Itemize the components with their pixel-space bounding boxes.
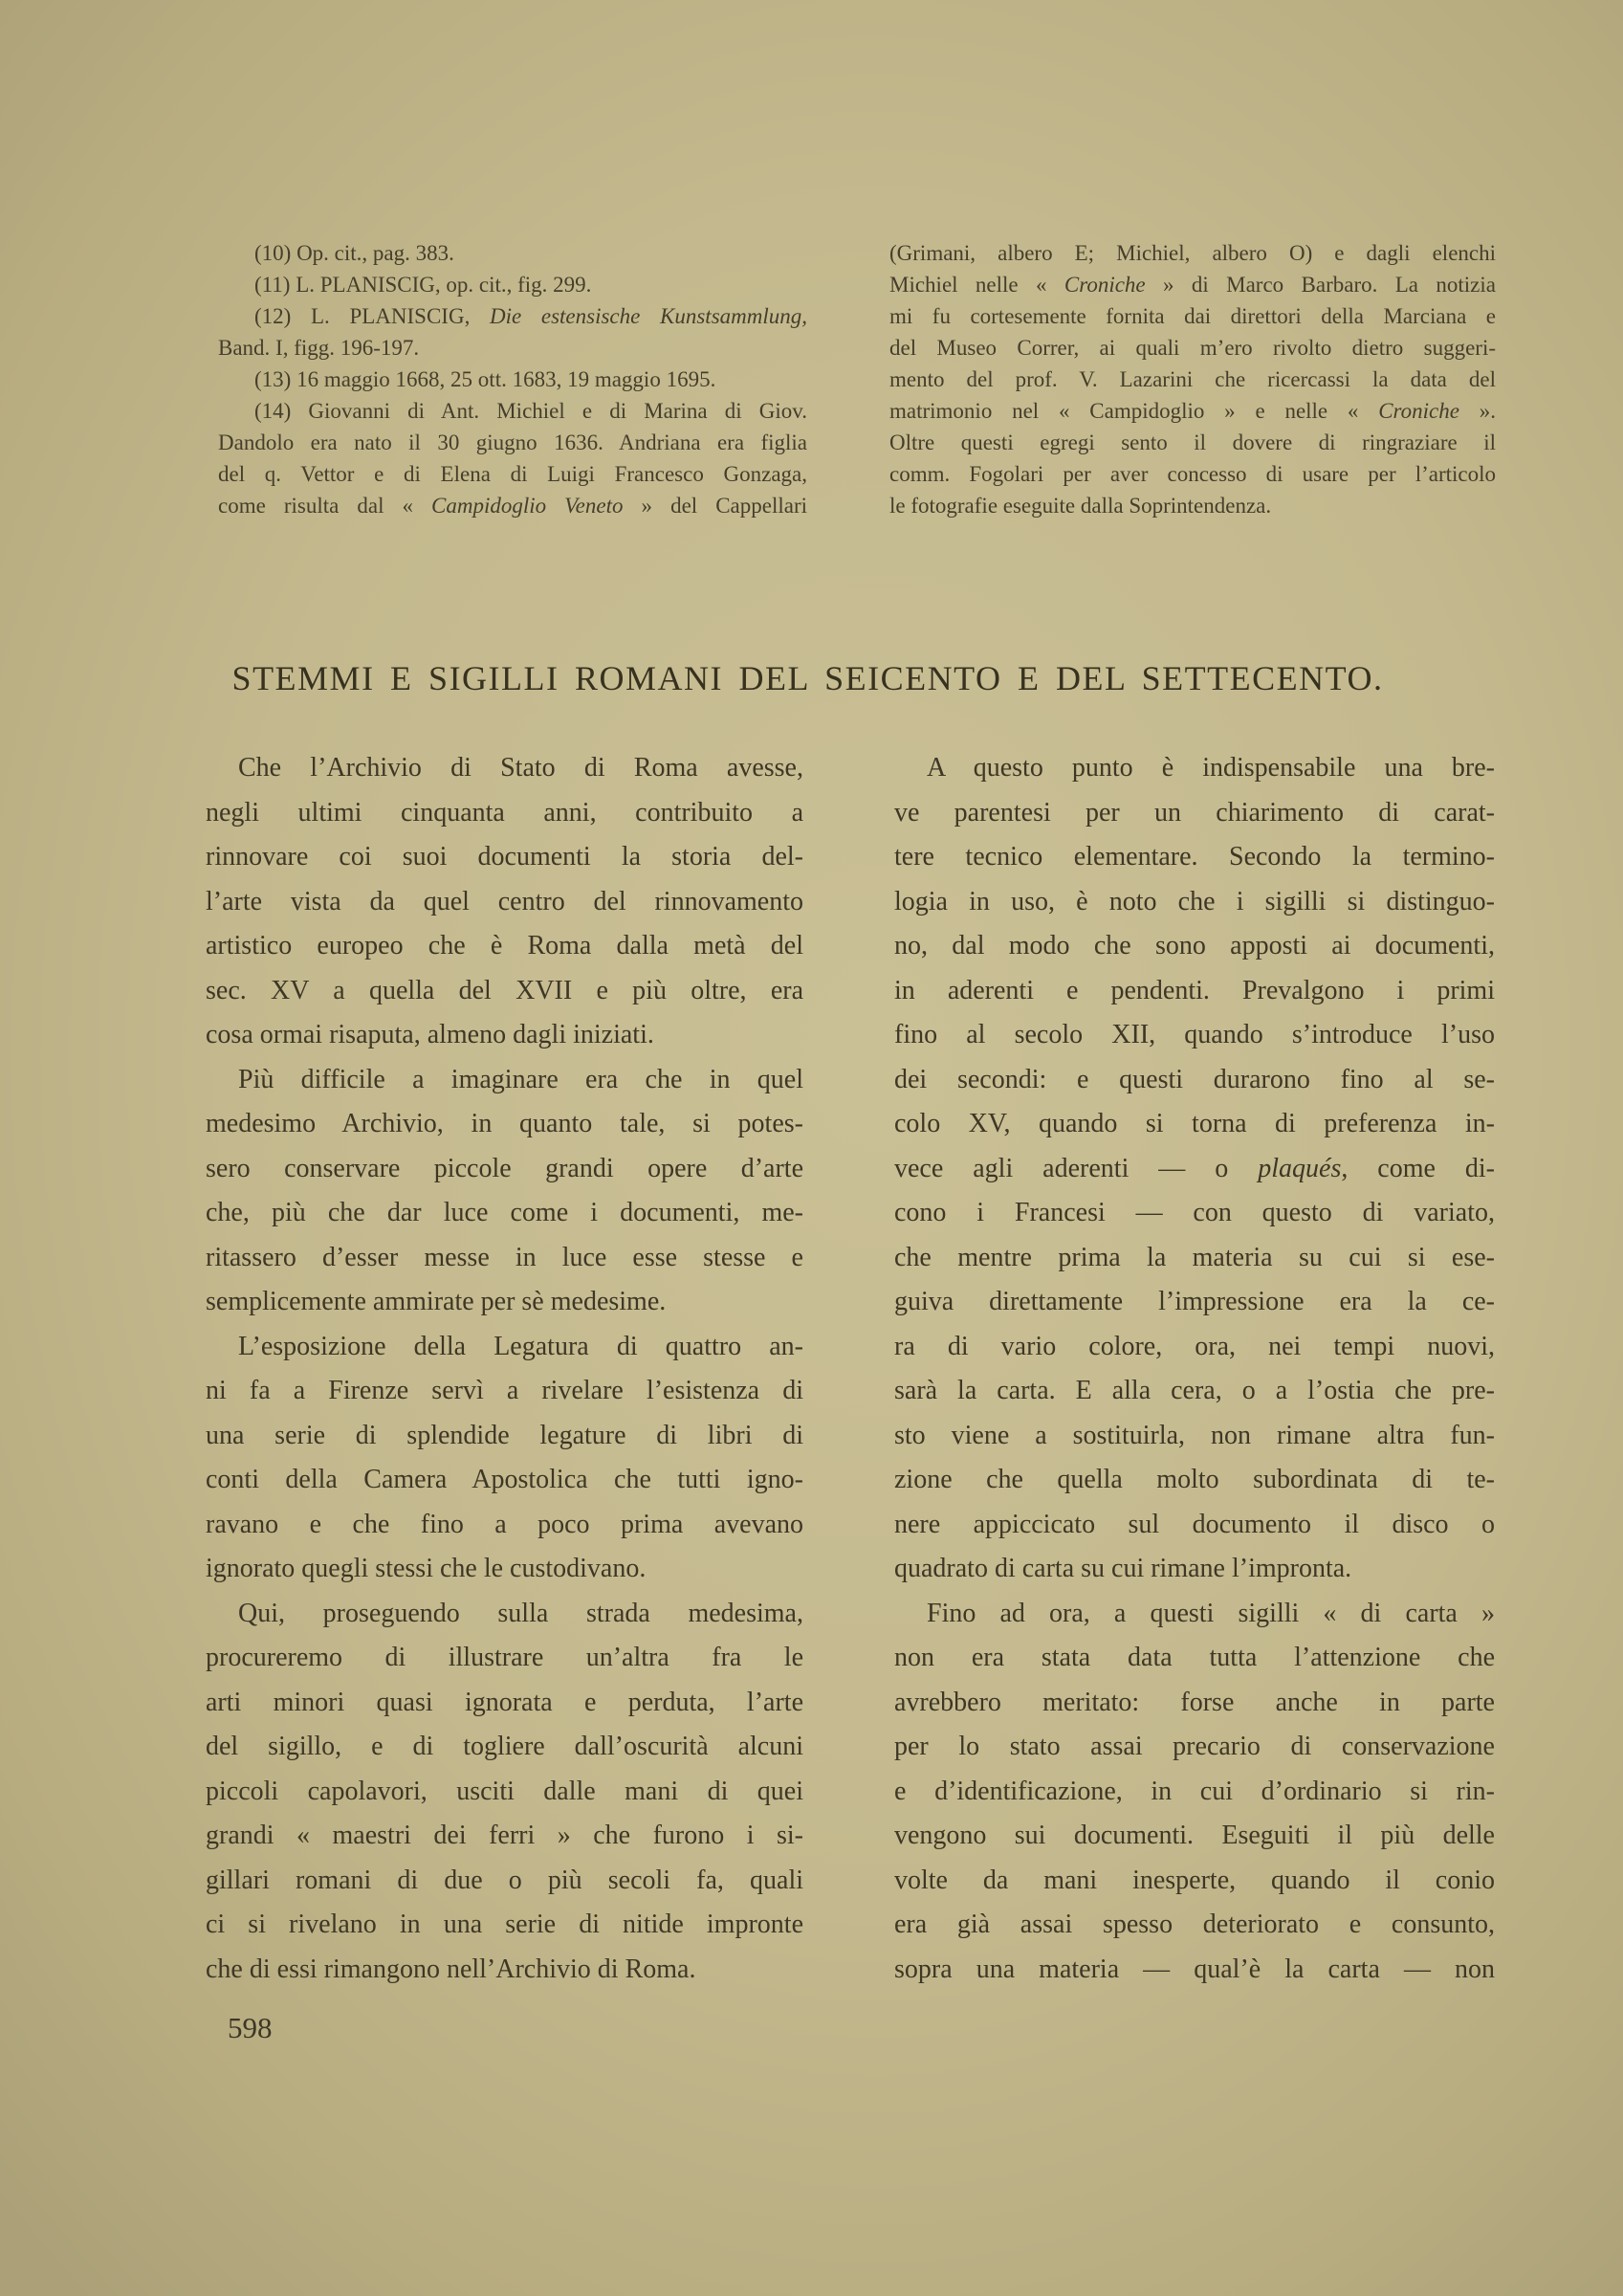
text-line: come risulta dal « Campidoglio Veneto » … bbox=[218, 490, 807, 521]
text-line: quadrato di carta su cui rimane l’impron… bbox=[894, 1547, 1495, 1592]
text-line: ra di vario colore, ora, nei tempi nuovi… bbox=[894, 1325, 1495, 1370]
text-line: mi fu cortesemente fornita dai direttori… bbox=[889, 300, 1496, 332]
text-line: rinnovare coi suoi documenti la storia d… bbox=[206, 835, 803, 880]
text-line: per lo stato assai precario di conservaz… bbox=[894, 1725, 1495, 1770]
text-line: semplicemente ammirate per sè medesime. bbox=[206, 1280, 803, 1325]
body-text-right-column: A questo punto è indispensabile una bre-… bbox=[894, 746, 1495, 1992]
text-line: vengono sui documenti. Eseguiti il più d… bbox=[894, 1814, 1495, 1859]
text-line: L’esposizione della Legatura di quattro … bbox=[206, 1325, 803, 1370]
text-line: volte da mani inesperte, quando il conio bbox=[894, 1859, 1495, 1904]
text-line: cono i Francesi — con questo di variato, bbox=[894, 1191, 1495, 1236]
text-line: ravano e che fino a poco prima avevano bbox=[206, 1503, 803, 1548]
text-line: del Museo Correr, ai quali m’ero rivolto… bbox=[889, 332, 1496, 364]
text-line: Qui, proseguendo sulla strada medesima, bbox=[206, 1592, 803, 1637]
text-line: negli ultimi cinquanta anni, contribuito… bbox=[206, 791, 803, 836]
text-line: ve parentesi per un chiarimento di carat… bbox=[894, 791, 1495, 836]
body-text-left-column: Che l’Archivio di Stato di Roma avesse,n… bbox=[206, 746, 803, 1992]
text-line: colo XV, quando si torna di preferenza i… bbox=[894, 1102, 1495, 1147]
text-line: guiva direttamente l’impressione era la … bbox=[894, 1280, 1495, 1325]
text-line: comm. Fogolari per aver concesso di usar… bbox=[889, 458, 1496, 490]
text-line: grandi « maestri dei ferri » che furono … bbox=[206, 1814, 803, 1859]
text-line: A questo punto è indispensabile una bre- bbox=[894, 746, 1495, 791]
text-line: (12) L. PLANISCIG, Die estensische Kunst… bbox=[218, 300, 807, 332]
text-line: ci si rivelano in una serie di nitide im… bbox=[206, 1903, 803, 1948]
text-line: Oltre questi egregi sento il dovere di r… bbox=[889, 427, 1496, 458]
text-line: arti minori quasi ignorata e perduta, l’… bbox=[206, 1681, 803, 1726]
text-line: logia in uso, è noto che i sigilli si di… bbox=[894, 880, 1495, 925]
text-line: (Grimani, albero E; Michiel, albero O) e… bbox=[889, 237, 1496, 269]
text-line: non era stata data tutta l’attenzione ch… bbox=[894, 1636, 1495, 1681]
footnotes-left-column: (10) Op. cit., pag. 383.(11) L. PLANISCI… bbox=[218, 237, 807, 521]
text-line: del sigillo, e di togliere dall’oscurità… bbox=[206, 1725, 803, 1770]
text-line: Fino ad ora, a questi sigilli « di carta… bbox=[894, 1592, 1495, 1637]
text-line: le fotografie eseguite dalla Soprintende… bbox=[889, 490, 1496, 521]
text-line: medesimo Archivio, in quanto tale, si po… bbox=[206, 1102, 803, 1147]
scanned-journal-page: (10) Op. cit., pag. 383.(11) L. PLANISCI… bbox=[0, 0, 1623, 2296]
text-line: sarà la carta. E alla cera, o a l’ostia … bbox=[894, 1369, 1495, 1414]
text-line: avrebbero meritato: forse anche in parte bbox=[894, 1681, 1495, 1726]
text-line: che, più che dar luce come i documenti, … bbox=[206, 1191, 803, 1236]
text-line: una serie di splendide legature di libri… bbox=[206, 1414, 803, 1459]
page-number: 598 bbox=[228, 2011, 273, 2045]
text-line: in aderenti e pendenti. Prevalgono i pri… bbox=[894, 969, 1495, 1014]
text-line: fino al secolo XII, quando s’introduce l… bbox=[894, 1013, 1495, 1058]
article-title: STEMMI E SIGILLI ROMANI DEL SEICENTO E D… bbox=[0, 658, 1615, 698]
text-line: dei secondi: e questi durarono fino al s… bbox=[894, 1058, 1495, 1103]
text-line: piccoli capolavori, usciti dalle mani di… bbox=[206, 1770, 803, 1815]
text-line: che mentre prima la materia su cui si es… bbox=[894, 1236, 1495, 1281]
text-line: del q. Vettor e di Elena di Luigi France… bbox=[218, 458, 807, 490]
text-line: (14) Giovanni di Ant. Michiel e di Marin… bbox=[218, 395, 807, 427]
text-line: sopra una materia — qual’è la carta — no… bbox=[894, 1948, 1495, 1993]
text-line: matrimonio nel « Campidoglio » e nelle «… bbox=[889, 395, 1496, 427]
text-line: artistico europeo che è Roma dalla metà … bbox=[206, 924, 803, 969]
text-line: ritassero d’esser messe in luce esse ste… bbox=[206, 1236, 803, 1281]
text-line: (10) Op. cit., pag. 383. bbox=[218, 237, 807, 269]
text-line: (13) 16 maggio 1668, 25 ott. 1683, 19 ma… bbox=[218, 364, 807, 395]
text-line: tere tecnico elementare. Secondo la term… bbox=[894, 835, 1495, 880]
text-line: procureremo di illustrare un’altra fra l… bbox=[206, 1636, 803, 1681]
text-line: sto viene a sostituirla, non rimane altr… bbox=[894, 1414, 1495, 1459]
text-line: Michiel nelle « Croniche » di Marco Barb… bbox=[889, 269, 1496, 300]
text-line: zione che quella molto subordinata di te… bbox=[894, 1458, 1495, 1503]
text-line: nere appiccicato sul documento il disco … bbox=[894, 1503, 1495, 1548]
text-line: ignorato quegli stessi che le custodivan… bbox=[206, 1547, 803, 1592]
text-line: Dandolo era nato il 30 giugno 1636. Andr… bbox=[218, 427, 807, 458]
text-line: Band. I, figg. 196-197. bbox=[218, 332, 807, 364]
text-line: Più difficile a imaginare era che in que… bbox=[206, 1058, 803, 1103]
text-line: mento del prof. V. Lazarini che ricercas… bbox=[889, 364, 1496, 395]
text-line: (11) L. PLANISCIG, op. cit., fig. 299. bbox=[218, 269, 807, 300]
text-line: conti della Camera Apostolica che tutti … bbox=[206, 1458, 803, 1503]
text-line: che di essi rimangono nell’Archivio di R… bbox=[206, 1948, 803, 1993]
text-line: sero conservare piccole grandi opere d’a… bbox=[206, 1147, 803, 1192]
text-line: cosa ormai risaputa, almeno dagli inizia… bbox=[206, 1013, 803, 1058]
text-line: no, dal modo che sono apposti ai documen… bbox=[894, 924, 1495, 969]
text-line: l’arte vista da quel centro del rinnovam… bbox=[206, 880, 803, 925]
text-line: e d’identificazione, in cui d’ordinario … bbox=[894, 1770, 1495, 1815]
text-line: vece agli aderenti — o plaqués, come di- bbox=[894, 1147, 1495, 1192]
text-line: gillari romani di due o più secoli fa, q… bbox=[206, 1859, 803, 1904]
text-line: ni fa a Firenze servì a rivelare l’esist… bbox=[206, 1369, 803, 1414]
text-line: Che l’Archivio di Stato di Roma avesse, bbox=[206, 746, 803, 791]
footnotes-right-column: (Grimani, albero E; Michiel, albero O) e… bbox=[889, 237, 1496, 521]
text-line: era già assai spesso deteriorato e consu… bbox=[894, 1903, 1495, 1948]
text-line: sec. XV a quella del XVII e più oltre, e… bbox=[206, 969, 803, 1014]
